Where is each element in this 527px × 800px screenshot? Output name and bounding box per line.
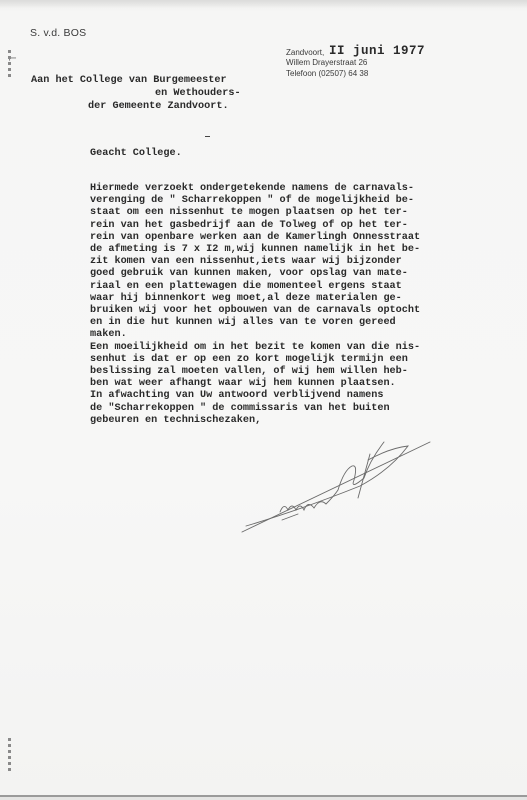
body-line: In afwachting van Uw antwoord verblijven… (90, 390, 420, 402)
body-line: riaal en een plattewagen die momenteel e… (90, 281, 420, 293)
recipient-line-2: en Wethouders- (155, 87, 241, 100)
body-line: beslissing zal moeten vallen, of wij hem… (90, 366, 420, 378)
body-line: Hiermede verzoekt ondergetekende namens … (90, 183, 420, 195)
letter-page: S. v.d. BOS Zandvoort, II juni 1977 Will… (0, 0, 527, 800)
punch-mark-bottom (8, 738, 11, 772)
scan-top-shadow (0, 0, 527, 8)
body-line: zit komen van een nissenhut,iets waar wi… (90, 256, 420, 268)
salutation: Geacht College. (90, 148, 182, 159)
body-line: staat om een nissenhut te mogen plaatsen… (90, 207, 420, 219)
body-line: rein van het gasbedrijf aan de Tolweg of… (90, 220, 420, 232)
body-line: de "Scharrekoppen " de commissaris van h… (90, 403, 420, 415)
body-line: de afmeting is 7 x I2 m,wij kunnen namel… (90, 244, 420, 256)
signature (240, 440, 440, 550)
body-line: verenging de " Scharrekoppen " of de mog… (90, 195, 420, 207)
letterhead-place: Zandvoort, (286, 48, 324, 57)
body-line: Een moeilijkheid om in het bezit te kome… (90, 342, 420, 354)
punch-mark (8, 50, 11, 78)
letterhead-phone: Telefoon (02507) 64 38 (286, 69, 368, 78)
dash-mark (205, 136, 210, 137)
body-line: bruiken wij voor het opbouwen van de car… (90, 305, 420, 317)
letter-date: II juni 1977 (329, 44, 425, 58)
body-line: goed gebruik van kunnen maken, voor opsl… (90, 268, 420, 280)
body-line: maken. (90, 329, 420, 341)
body-line: senhut is dat er op een zo kort mogelijk… (90, 354, 420, 366)
body-line: ben wat weer afhangt waar wij hem kunnen… (90, 378, 420, 390)
body-line: en in die hut kunnen wij alles van te vo… (90, 317, 420, 329)
recipient-line-3: der Gemeente Zandvoort. (88, 100, 229, 113)
recipient-line-1: Aan het College van Burgemeester (31, 74, 227, 87)
body-line: waar hij binnenkort weg moet,al deze mat… (90, 293, 420, 305)
body-line: rein van openbare werken aan de Kamerlin… (90, 232, 420, 244)
letterhead-address: Willem Drayerstraat 26 (286, 58, 367, 67)
sender-name: S. v.d. BOS (30, 27, 86, 39)
body-line: gebeuren en technischezaken, (90, 415, 420, 427)
letter-body: Hiermede verzoekt ondergetekende namens … (90, 183, 420, 427)
